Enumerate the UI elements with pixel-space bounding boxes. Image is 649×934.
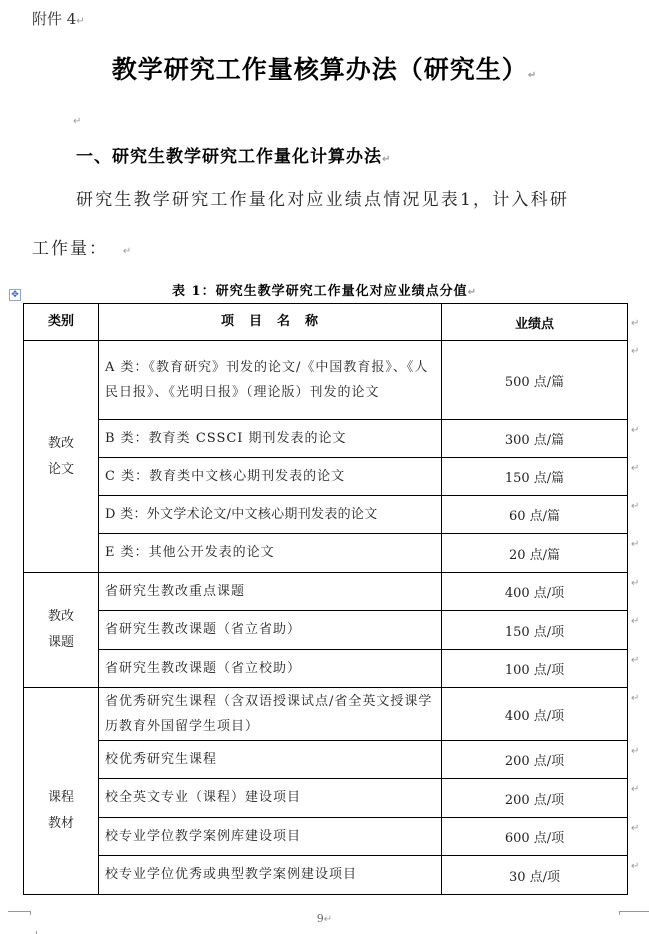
header-points: 业绩点 [442,304,628,341]
item-cell: A 类：《教育研究》刊发的论文/《中国教育报》、《人民日报》、《光明日报》（理论… [99,341,442,420]
item-cell: C 类：教育类中文核心期刊发表的论文 [99,458,442,496]
row-end-mark-icon: ↵ [631,823,639,834]
document-title: 教学研究工作量核算办法（研究生）↵ [0,50,649,86]
table-move-handle-icon[interactable]: ✥ [9,289,21,301]
points-cell: 500 点/篇 [442,341,628,420]
row-end-mark-icon: ↵ [631,784,639,795]
item-cell: 省优秀研究生课程（含双语授课试点/省全英文授课学历教育外国留学生项目） [99,688,442,741]
category-cell: 教改论文 [24,341,99,573]
row-end-mark-icon: ↵ [631,463,639,474]
row-end-mark-icon: ↵ [631,693,639,704]
category-cell: 课程教材 [24,688,99,895]
body-paragraph-line2: 工作量： ↵ [32,234,133,259]
table-row: 省研究生教改课题（省立校助） 100 点/项 [24,650,628,688]
row-end-mark-icon: ↵ [631,861,639,872]
points-cell: 30 点/项 [442,856,628,895]
table-row: 课程教材 省优秀研究生课程（含双语授课试点/省全英文授课学历教育外国留学生项目）… [24,688,628,741]
points-cell: 150 点/项 [442,611,628,650]
item-cell: 省研究生教改重点课题 [99,573,442,611]
row-end-mark-icon: ↵ [631,616,639,627]
attachment-label: 附件 4↵ [32,8,85,29]
body-paragraph-line1: 研究生教学研究工作量化对应业绩点情况见表1，计入科研 [76,185,569,210]
section-heading: 一、研究生教学研究工作量化计算办法↵ [76,142,391,167]
item-cell: D 类：外文学术论文/中文核心期刊发表的论文 [99,496,442,534]
row-end-mark-icon: ↵ [631,501,639,512]
page-number: 9↵ [0,912,649,925]
table-row: 校优秀研究生课程 200 点/项 [24,741,628,779]
header-item-name: 项 目 名 称 [99,304,442,341]
table-row: 教改课题 省研究生教改重点课题 400 点/项 [24,573,628,611]
table-row: E 类：其他公开发表的论文 20 点/篇 [24,534,628,573]
row-end-mark-icon: ↵ [631,346,639,357]
table-row: B 类：教育类 CSSCI 期刊发表的论文 300 点/篇 [24,420,628,458]
table-row: 校全英文专业（课程）建设项目 200 点/项 [24,779,628,818]
item-cell: 省研究生教改课题（省立校助） [99,650,442,688]
category-cell: 教改课题 [24,573,99,688]
table-row: 教改论文 A 类：《教育研究》刊发的论文/《中国教育报》、《人民日报》、《光明日… [24,341,628,420]
points-cell: 400 点/项 [442,573,628,611]
item-cell: 校专业学位优秀或典型教学案例建设项目 [99,856,442,895]
item-cell: 校全英文专业（课程）建设项目 [99,779,442,818]
paragraph-mark-icon: ↵ [382,154,391,165]
table-row: C 类：教育类中文核心期刊发表的论文 150 点/篇 [24,458,628,496]
paragraph-mark-icon: ↵ [123,246,133,257]
row-end-mark-icon: ↵ [631,578,639,589]
points-cell: 600 点/项 [442,818,628,856]
row-end-mark-icon: ↵ [631,318,639,329]
table-row: 省研究生教改课题（省立省助） 150 点/项 [24,611,628,650]
points-cell: 150 点/篇 [442,458,628,496]
table-header-row: 类别 项 目 名 称 业绩点 [24,304,628,341]
points-cell: 300 点/篇 [442,420,628,458]
item-cell: 校优秀研究生课程 [99,741,442,779]
paragraph-mark-icon: ↵ [528,70,537,81]
workload-table: 类别 项 目 名 称 业绩点 教改论文 A 类：《教育研究》刊发的论文/《中国教… [23,303,628,895]
row-end-mark-icon: ↵ [631,746,639,757]
paragraph-mark-icon: ↵ [324,914,332,925]
row-end-mark-icon: ↵ [631,539,639,550]
points-cell: 60 点/篇 [442,496,628,534]
item-cell: E 类：其他公开发表的论文 [99,534,442,573]
item-cell: 省研究生教改课题（省立省助） [99,611,442,650]
points-cell: 200 点/项 [442,741,628,779]
table-caption: 表 1：研究生教学研究工作量化对应业绩点分值↵ [0,280,649,299]
item-cell: 校专业学位教学案例库建设项目 [99,818,442,856]
points-cell: 100 点/项 [442,650,628,688]
header-category: 类别 [24,304,99,341]
points-cell: 20 点/篇 [442,534,628,573]
paragraph-mark-icon: ↵ [73,116,81,127]
table-row: D 类：外文学术论文/中文核心期刊发表的论文 60 点/篇 [24,496,628,534]
paragraph-mark-icon: ↵ [468,287,477,298]
item-cell: B 类：教育类 CSSCI 期刊发表的论文 [99,420,442,458]
table-row: 校专业学位教学案例库建设项目 600 点/项 [24,818,628,856]
row-end-mark-icon: ↵ [631,655,639,666]
row-end-mark-icon: ↵ [631,425,639,436]
paragraph-mark-icon: ↵ [76,16,84,27]
points-cell: 200 点/项 [442,779,628,818]
table-row: 校专业学位优秀或典型教学案例建设项目 30 点/项 [24,856,628,895]
points-cell: 400 点/项 [442,688,628,741]
